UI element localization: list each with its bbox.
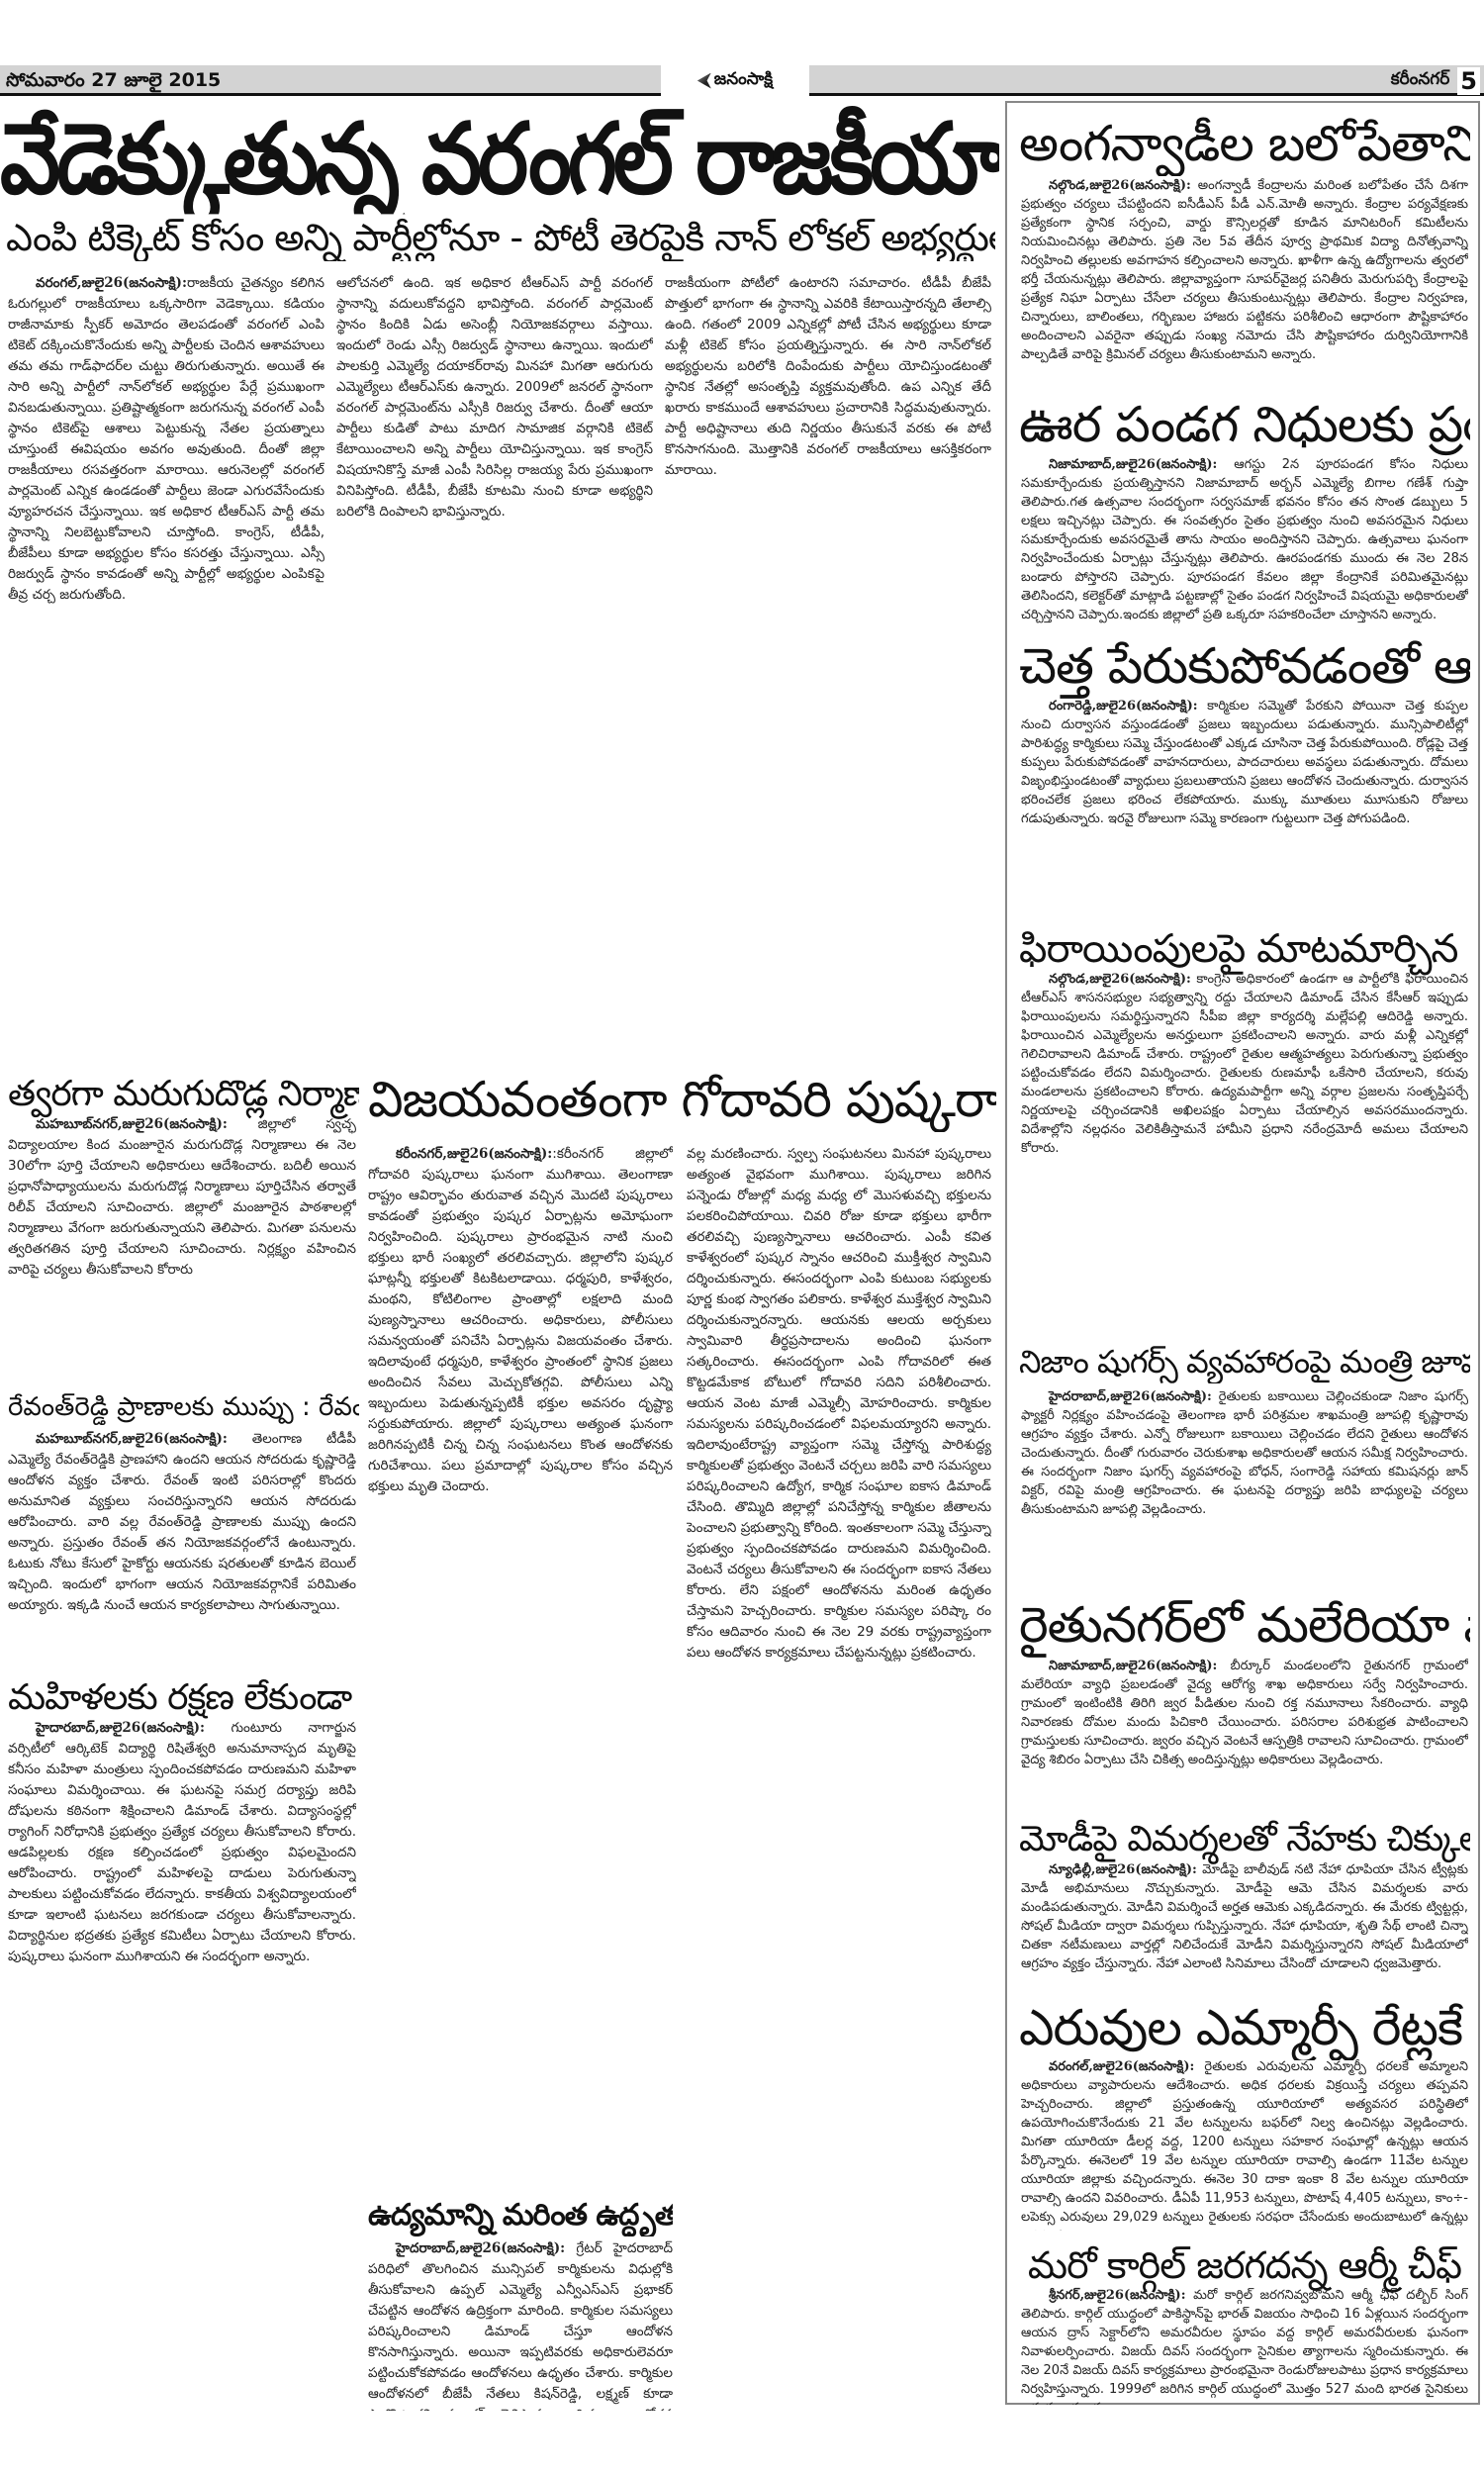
article-text: కాంగ్రెస్ అధికారంలో ఉండగా ఆ పార్టీలోకి ఫ… bbox=[1021, 972, 1468, 1156]
lead-story-column-2: ఆలోచనలో ఉంది. ఇక అధికార టీఆర్ఎస్ పార్టీ … bbox=[336, 273, 653, 1065]
article-text: మోడీపై బాలీవుడ్ నటి నేహా ధూపియా చేసిన ట్… bbox=[1021, 1862, 1468, 1971]
story-headline: మహిళలకు రక్షణ లేకుండా పోయింది bbox=[8, 1673, 359, 1723]
story-body: హైదరాబాద్,జులై26(జనంసాక్షి): గ్రేటర్ హైద… bbox=[368, 2238, 673, 2412]
dateline: నల్గొండ,జులై26(జనంసాక్షి): bbox=[1049, 972, 1191, 987]
article-text: గ్రేటర్ హైదరాబాద్ పరిధిలో తొలగించిన మున్… bbox=[368, 2240, 673, 2412]
lead-subheadline: ఎంపి టిక్కెట్ కోసం అన్ని పార్టీల్లోనూ - … bbox=[6, 214, 995, 261]
story-body: రంగారెడ్డి,జులై26(జనంసాక్షి): కార్మికుల … bbox=[1021, 697, 1468, 910]
issue-date: సోమవారం 27 జూలై 2015 bbox=[6, 69, 221, 96]
story-body: నల్గొండ,జులై26(జనంసాక్షి): అంగన్వాడీ కేం… bbox=[1021, 176, 1468, 384]
dateline: నిజామాబాద్,జులై26(జనంసాక్షి): bbox=[1049, 457, 1217, 472]
lead-headline: వేడెక్కుతున్న వరంగల్ రాజకీయాలు bbox=[0, 105, 999, 214]
dateline: నిజామాబాద్,జులై26(జనంసాక్షి): bbox=[1049, 1659, 1217, 1673]
story-body: వరంగల్,జులై26(జనంసాక్షి): రైతులకు ఎరువుల… bbox=[1021, 2057, 1468, 2231]
dateline: హైదరాబాద్,జులై26(జనంసాక్షి): bbox=[1049, 1389, 1212, 1404]
story-body: న్యూఢిల్లీ,జులై26(జనంసాక్షి): మోడీపై బాల… bbox=[1021, 1860, 1468, 1993]
article-text: ఆగస్టు 2న పూరపండగ కోసం నిధులు సమకూర్చేంద… bbox=[1021, 457, 1468, 622]
lead-story-column-1: వరంగల్,జులై26(జనంసాక్షి):రాజకీయ చైతన్యం … bbox=[8, 273, 325, 1065]
newspaper-page: సోమవారం 27 జూలై 2015 జనంసాక్షి కరీంనగర్ … bbox=[0, 65, 1484, 2411]
article-text: మరో కార్గిల్ జరగనివ్వబోమని ఆర్మీ ఛీఫ్ దల… bbox=[1021, 2288, 1468, 2405]
story-headline: విజయవంతంగా గోదావరి పుష్కరాలు bbox=[368, 1067, 996, 1132]
article-text: కార్మికుల సమ్మెతో పేరకుని పోయినా చెత్త క… bbox=[1021, 699, 1468, 826]
dateline: కరీంనగర్,జులై26(జనంసాక్షి): bbox=[396, 1146, 552, 1162]
story-headline: అంగన్వాడీల బలోపేతానికి చర్యలు bbox=[1019, 111, 1470, 176]
edition-info: కరీంనగర్ 5 bbox=[1391, 67, 1480, 95]
dateline: వరంగల్,జులై26(జనంసాక్షి): bbox=[36, 275, 187, 291]
story-headline: ఉద్యమాన్ని మరింత ఉద్ధృతం చేస్తాం bbox=[368, 2195, 673, 2236]
story-headline: రేవంత్‌రెడ్డి ప్రాణాలకు ముప్పు : రేవంత్ … bbox=[8, 1389, 359, 1425]
story-headline: ఊర పండగ నిధులకు ప్రయత్నిస్తా bbox=[1019, 392, 1470, 457]
article-text: ఆలోచనలో ఉంది. ఇక అధికార టీఆర్ఎస్ పార్టీ … bbox=[336, 273, 653, 523]
story-headline: నిజాం షుగర్స్ వ్యవహారంపై మంత్రి జూపల్లి … bbox=[1019, 1340, 1470, 1383]
article-text: రైతులకు బకాయిలు చెల్లించకుండా నిజాం షుగర… bbox=[1021, 1389, 1468, 1517]
story-headline: త్వరగా మరుగుదొడ్ల నిర్మాణాలు bbox=[8, 1070, 359, 1119]
article-text: గుంటూరు నాగార్జున వర్సిటీలో ఆర్కిటెక్ వి… bbox=[8, 1720, 356, 1964]
masthead-bar: సోమవారం 27 జూలై 2015 జనంసాక్షి కరీంనగర్ … bbox=[0, 65, 1484, 96]
story-body: నిజామాబాద్,జులై26(జనంసాక్షి): ఆగస్టు 2న … bbox=[1021, 455, 1468, 629]
dateline: శ్రీనగర్,జులై26(జనంసాక్షి): bbox=[1049, 2288, 1186, 2303]
story-body: మహబూబ్‌నగర్,జులై26(జనంసాక్షి): తెలంగాణ ట… bbox=[8, 1429, 356, 1666]
story-body-column-1: కరీంనగర్,జులై26(జనంసాక్షి)::కరీంనగర్ జిల… bbox=[368, 1144, 673, 2173]
masthead-logo-icon bbox=[697, 73, 711, 89]
logo-text: జనంసాక్షి bbox=[714, 69, 773, 93]
story-headline: ఎరువుల ఎమ్మార్పీ రేట్లకే అమ్మాలి bbox=[1019, 1995, 1470, 2060]
dateline: మహబూబ్‌నగర్,జులై26(జనంసాక్షి): bbox=[36, 1431, 228, 1447]
right-news-box: అంగన్వాడీల బలోపేతానికి చర్యలు నల్గొండ,జు… bbox=[1005, 101, 1480, 2405]
article-text: రైతులకు ఎరువులను ఎమ్మార్పీ ధరలకే అమ్మాలన… bbox=[1021, 2059, 1468, 2231]
article-text: అంగన్వాడీ కేంద్రాలను మరింత బలోపేతం చేసే … bbox=[1021, 178, 1468, 362]
story-headline: రైతునగర్‌లో మలేరియా వ్యాధిపై సర్వే bbox=[1019, 1592, 1470, 1658]
story-body-column-2: వల్ల మరణించారు. స్వల్ప సంఘటనలు మినహా పుష… bbox=[687, 1144, 991, 2411]
story-body: హైదరాబాద్,జులై26(జనంసాక్షి): రైతులకు బకా… bbox=[1021, 1387, 1468, 1585]
story-headline: చెత్త పేరుకుపోవడంతో ఆందోళన bbox=[1019, 633, 1470, 699]
article-text: జిల్లాలో స్వచ్ఛ విద్యాలయాల కింద మంజూరైన … bbox=[8, 1116, 356, 1278]
article-text: బీర్కూర్ మండలంలోని రైతునగర్ గ్రామంలో మలే… bbox=[1021, 1659, 1468, 1767]
article-text: తెలంగాణ టీడీపీ ఎమ్మెల్యే రేవంత్‌రెడ్డికి… bbox=[8, 1431, 356, 1613]
edition-name: కరీంనగర్ bbox=[1391, 69, 1450, 93]
story-body: మహబూబ్‌నగర్,జులై26(జనంసాక్షి): జిల్లాలో … bbox=[8, 1114, 356, 1386]
article-text: రాజకీయంగా పోటీలో ఉంటారని సమాచారం. టీడీపీ… bbox=[665, 273, 991, 481]
dateline: నల్గొండ,జులై26(జనంసాక్షి): bbox=[1049, 178, 1191, 193]
lead-story-column-3: రాజకీయంగా పోటీలో ఉంటారని సమాచారం. టీడీపీ… bbox=[665, 273, 991, 1065]
page-bottom-margin bbox=[0, 2411, 1484, 2474]
dateline: హైదరాబాద్,జులై26(జనంసాక్షి): bbox=[396, 2240, 565, 2256]
page-number: 5 bbox=[1457, 67, 1480, 95]
story-body: నిజామాబాద్,జులై26(జనంసాక్షి): బీర్కూర్ మ… bbox=[1021, 1657, 1468, 1805]
story-body: నల్గొండ,జులై26(జనంసాక్షి): కాంగ్రెస్ అధి… bbox=[1021, 970, 1468, 1336]
dateline: మహబూబ్‌నగర్,జులై26(జనంసాక్షి): bbox=[36, 1116, 228, 1132]
dateline: హైదారబాద్,జులై26(జనంసాక్షి): bbox=[36, 1720, 205, 1736]
story-body: శ్రీనగర్,జులై26(జనంసాక్షి): మరో కార్గిల్… bbox=[1021, 2286, 1468, 2405]
dateline: న్యూఢిల్లీ,జులై26(జనంసాక్షి): bbox=[1049, 1862, 1197, 1877]
article-text: రాజకీయ చైతన్యం కలిగిన ఓరుగల్లులో రాజకీయా… bbox=[8, 275, 325, 603]
newspaper-logo: జనంసాక్షి bbox=[661, 65, 809, 96]
dateline: వరంగల్,జులై26(జనంసాక్షి): bbox=[1049, 2059, 1194, 2074]
article-text: వల్ల మరణించారు. స్వల్ప సంఘటనలు మినహా పుష… bbox=[687, 1144, 991, 1664]
dateline: రంగారెడ్డి,జులై26(జనంసాక్షి): bbox=[1049, 699, 1198, 714]
article-text: :కరీంనగర్ జిల్లాలో గోదావరి పుష్కరాలు ఘనం… bbox=[368, 1146, 673, 1494]
story-body: హైదారబాద్,జులై26(జనంసాక్షి): గుంటూరు నాగ… bbox=[8, 1718, 356, 2411]
